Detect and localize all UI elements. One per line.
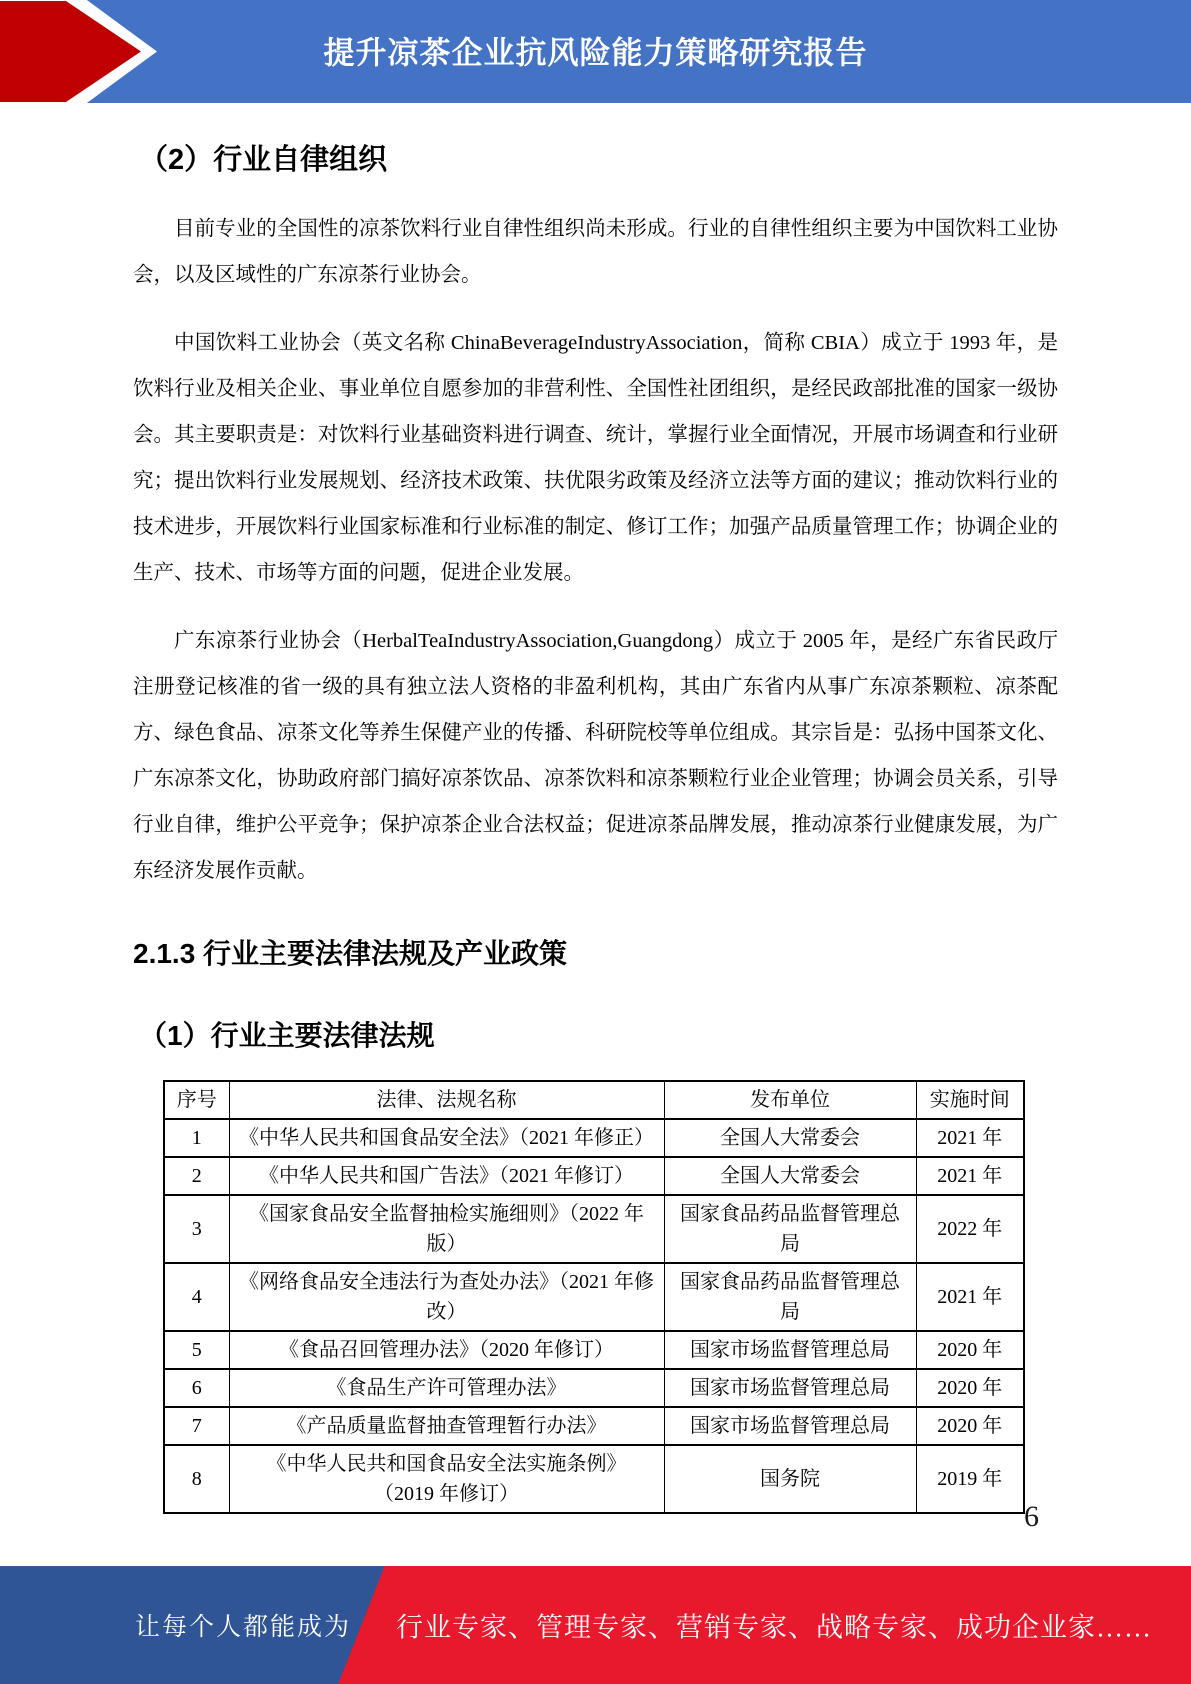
table-cell: 《食品生产许可管理办法》 <box>229 1369 664 1407</box>
table-header-cell: 序号 <box>164 1081 229 1119</box>
table-cell: 国家食品药品监督管理总局 <box>664 1195 916 1263</box>
table-cell: 国家市场监督管理总局 <box>664 1407 916 1445</box>
table-cell: 全国人大常委会 <box>664 1119 916 1157</box>
section-heading-laws-policies: 2.1.3 行业主要法律法规及产业政策 <box>133 932 1058 972</box>
footer-slogan-left: 让每个人都能成为 <box>135 1607 351 1643</box>
law-table: 序号法律、法规名称发布单位实施时间 1《中华人民共和国食品安全法》（2021 年… <box>163 1080 1025 1514</box>
paragraph-overview: 目前专业的全国性的凉茶饮料行业自律性组织尚未形成。行业的自律性组织主要为中国饮料… <box>133 206 1058 298</box>
table-cell: 国家食品药品监督管理总局 <box>664 1263 916 1331</box>
table-cell: 2 <box>164 1157 229 1195</box>
page-content: （2）行业自律组织 目前专业的全国性的凉茶饮料行业自律性组织尚未形成。行业的自律… <box>133 103 1058 1514</box>
table-cell: 3 <box>164 1195 229 1263</box>
table-cell: 国家市场监督管理总局 <box>664 1369 916 1407</box>
table-row: 6《食品生产许可管理办法》国家市场监督管理总局2020 年 <box>164 1369 1024 1407</box>
table-cell: 《中华人民共和国食品安全法实施条例》 （2019 年修订） <box>229 1445 664 1513</box>
table-cell: 2020 年 <box>916 1331 1024 1369</box>
table-cell: 2021 年 <box>916 1119 1024 1157</box>
table-row: 7《产品质量监督抽查管理暂行办法》国家市场监督管理总局2020 年 <box>164 1407 1024 1445</box>
table-cell: 5 <box>164 1331 229 1369</box>
table-cell: 《中华人民共和国食品安全法》（2021 年修正） <box>229 1119 664 1157</box>
table-cell: 2019 年 <box>916 1445 1024 1513</box>
table-cell: 《中华人民共和国广告法》（2021 年修订） <box>229 1157 664 1195</box>
table-cell: 4 <box>164 1263 229 1331</box>
table-cell: 2022 年 <box>916 1195 1024 1263</box>
table-cell: 1 <box>164 1119 229 1157</box>
table-row: 4《网络食品安全违法行为查处办法》（2021 年修改）国家食品药品监督管理总局2… <box>164 1263 1024 1331</box>
page-footer: 让每个人都能成为 行业专家、管理专家、营销专家、战略专家、成功企业家…… <box>0 1566 1191 1684</box>
table-cell: 2021 年 <box>916 1263 1024 1331</box>
table-header-cell: 法律、法规名称 <box>229 1081 664 1119</box>
law-table-head: 序号法律、法规名称发布单位实施时间 <box>164 1081 1024 1119</box>
paragraph-guangdong-association: 广东凉茶行业协会（HerbalTeaIndustryAssociation,Gu… <box>133 618 1058 894</box>
page-number: 6 <box>1024 1500 1039 1534</box>
table-row: 3《国家食品安全监督抽检实施细则》（2022 年版）国家食品药品监督管理总局20… <box>164 1195 1024 1263</box>
table-cell: 《网络食品安全违法行为查处办法》（2021 年修改） <box>229 1263 664 1331</box>
table-cell: 国务院 <box>664 1445 916 1513</box>
table-header-cell: 实施时间 <box>916 1081 1024 1119</box>
table-cell: 《产品质量监督抽查管理暂行办法》 <box>229 1407 664 1445</box>
table-cell: 2020 年 <box>916 1369 1024 1407</box>
table-cell: 2021 年 <box>916 1157 1024 1195</box>
table-cell: 《食品召回管理办法》（2020 年修订） <box>229 1331 664 1369</box>
table-cell: 7 <box>164 1407 229 1445</box>
table-row: 1《中华人民共和国食品安全法》（2021 年修正）全国人大常委会2021 年 <box>164 1119 1024 1157</box>
table-row: 2《中华人民共和国广告法》（2021 年修订）全国人大常委会2021 年 <box>164 1157 1024 1195</box>
table-cell: 6 <box>164 1369 229 1407</box>
table-row: 5《食品召回管理办法》（2020 年修订）国家市场监督管理总局2020 年 <box>164 1331 1024 1369</box>
report-title: 提升凉茶企业抗风险能力策略研究报告 <box>0 27 1191 72</box>
table-cell: 《国家食品安全监督抽检实施细则》（2022 年版） <box>229 1195 664 1263</box>
table-cell: 8 <box>164 1445 229 1513</box>
table-header-cell: 发布单位 <box>664 1081 916 1119</box>
table-row: 8《中华人民共和国食品安全法实施条例》 （2019 年修订）国务院2019 年 <box>164 1445 1024 1513</box>
table-cell: 全国人大常委会 <box>664 1157 916 1195</box>
paragraph-cbia: 中国饮料工业协会（英文名称 ChinaBeverageIndustryAssoc… <box>133 320 1058 596</box>
law-table-body: 1《中华人民共和国食品安全法》（2021 年修正）全国人大常委会2021 年2《… <box>164 1119 1024 1513</box>
subsection-heading-laws: （1）行业主要法律法规 <box>139 1014 1058 1054</box>
table-cell: 国家市场监督管理总局 <box>664 1331 916 1369</box>
footer-slogan-right: 行业专家、管理专家、营销专家、战略专家、成功企业家…… <box>396 1606 1152 1645</box>
page-header-banner: 提升凉茶企业抗风险能力策略研究报告 <box>0 0 1191 103</box>
section-heading-self-regulation: （2）行业自律组织 <box>139 137 1058 178</box>
table-header-row: 序号法律、法规名称发布单位实施时间 <box>164 1081 1024 1119</box>
table-cell: 2020 年 <box>916 1407 1024 1445</box>
document-page: 提升凉茶企业抗风险能力策略研究报告 （2）行业自律组织 目前专业的全国性的凉茶饮… <box>0 0 1191 1684</box>
